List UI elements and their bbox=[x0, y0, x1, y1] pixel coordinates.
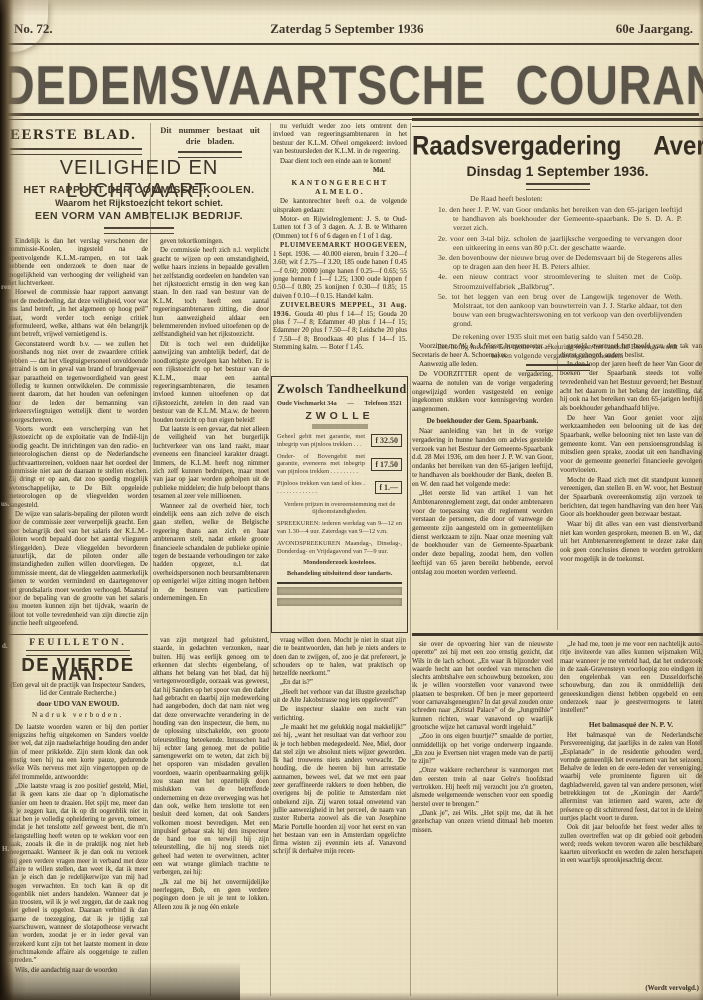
paragraph: „Ik zal me bij het onvermijdelijke neerl… bbox=[153, 879, 269, 912]
paragraph-list: De laatste woorden waren er bij den port… bbox=[8, 724, 148, 975]
paragraph: 3e. den bovenbouw der nieuwe brug over d… bbox=[438, 253, 682, 271]
feuilleton-byline: door UDO VAN EWOUD. bbox=[8, 700, 148, 708]
feuilleton-copyright-notice: Nadruk verboden. bbox=[8, 711, 148, 719]
paragraph-list: nu verluidt weder zoo iets omtrent den i… bbox=[273, 123, 407, 166]
council-subtitle: Dinsdag 1 September 1936. bbox=[412, 163, 703, 179]
market-text: 1 Sept. 1936. — 40.000 eieren, bruin f 3… bbox=[273, 251, 407, 300]
advert-consult-hours: SPREEKUREN: iederen werkdag van 9—12 en … bbox=[277, 520, 402, 536]
paragraph: Het balmasqué van de Nederlandsche Persv… bbox=[560, 732, 702, 823]
paragraph: geven tekortkomingen. bbox=[153, 238, 269, 246]
council-report: Raadsvergadering Avereest Dinsdag 1 Sept… bbox=[412, 118, 703, 375]
paragraph: Naar aanleiding van het in de vorige ver… bbox=[412, 427, 553, 488]
paragraph: „Je maakt het me gelukkig nogal makkelij… bbox=[273, 724, 406, 857]
redacted-line bbox=[277, 587, 402, 595]
masthead-rule-thick bbox=[4, 113, 699, 116]
paragraph: Aanwezig alle leden. bbox=[412, 360, 553, 369]
paragraph: „Die laatste vraag is zoo positief geste… bbox=[8, 783, 148, 966]
paragraph: „Heeft het verhoor van dat illustre geze… bbox=[273, 689, 406, 706]
paragraph: „Het eerste lid van artikel 1 van het Am… bbox=[412, 489, 553, 576]
advert-treatment-line: Behandeling uitsluitend door tandarts. bbox=[277, 570, 402, 577]
advert-evening-hours: AVONDSPREEKUREN Maandag-, Dinsdag-, Dond… bbox=[277, 540, 402, 556]
paragraph: Daar dient toch een einde aan te komen! bbox=[273, 158, 407, 166]
paragraph-list: „Je had me, toen je me voor een nachteli… bbox=[560, 641, 702, 716]
paragraph: 4e. een nieuw contract voor stroomleveri… bbox=[438, 272, 682, 290]
advert-item-price: f 17.50 bbox=[371, 458, 402, 471]
paragraph: „Dank je”, zei Wils. „Het spijt me, dat … bbox=[412, 810, 553, 835]
kicker-rule bbox=[10, 148, 142, 155]
feuilleton-column-2: van zijn metgezel had geluisterd, staard… bbox=[153, 637, 269, 996]
column-rule bbox=[270, 123, 271, 996]
column-rule bbox=[557, 641, 558, 996]
paragraph: Waar bij dit alles van een vast dienstve… bbox=[560, 520, 702, 564]
advert-item-text: Pijnloos trekken van tand of kies . . . … bbox=[277, 480, 365, 496]
advert-free-line: Mondonderzoek kosteloos. bbox=[277, 559, 402, 566]
paragraph-list: Voorzitter mr. W. A. J. Visser, burgemee… bbox=[412, 342, 553, 414]
paragraph: Mocht de Raad zich met dit standpunt kun… bbox=[560, 476, 702, 520]
edition-note: Dit nummer bestaat uit drie bladen. bbox=[150, 125, 270, 147]
lead-article-subtitle-2: Waarom het Rijkstoezicht tekort schiet. bbox=[8, 198, 270, 208]
council-column-right: gesteld, eventueel het hoofd van den tak… bbox=[560, 342, 702, 630]
paragraph: Hoewel de commissie haar rapport aanvang… bbox=[8, 289, 148, 339]
lead-article-subtitle-1: HET RAPPORT DER COMMISSIE-KOOLEN. bbox=[8, 184, 270, 196]
issue-volume: 60e Jaargang. bbox=[616, 21, 693, 37]
paragraph: Voorts wordt een verscherping van het ri… bbox=[8, 426, 148, 510]
feuilleton-heavy-rule bbox=[412, 633, 703, 636]
council-closing-balance: De rekening over 1935 sluit met een bati… bbox=[452, 332, 703, 341]
paragraph: Wils, die aandachtig naar de woorden bbox=[8, 967, 148, 975]
paragraph: Dat laatste is een gevaar, dat niet alle… bbox=[153, 426, 269, 502]
lead-article-subtitle-3: EEN VORM VAN AMBTELIJK BEDRIJF. bbox=[8, 210, 270, 222]
paragraph: 5e. tot het leggen van een brug over de … bbox=[438, 292, 682, 329]
paragraph: Voorzitter mr. W. A. J. Visser, burgemee… bbox=[412, 342, 553, 359]
paragraph: „En dat is?” bbox=[273, 679, 406, 687]
council-subhead: De boekhouder der Gem. Spaarbank. bbox=[412, 417, 553, 426]
market-heading: PLUIMVEEMARKT HOOGEVEEN, bbox=[280, 242, 407, 249]
advert-rule bbox=[277, 582, 402, 584]
paragraph: De wijze van salaris-bepaling der pilote… bbox=[8, 511, 148, 629]
advert-note: Verdere prijzen in overeenstemming met d… bbox=[277, 501, 402, 517]
advert-dash: — bbox=[347, 400, 353, 407]
paragraph: De inspecteur slaakte een zucht van verl… bbox=[273, 706, 406, 723]
feuilleton-header: FEUILLETON. bbox=[8, 639, 148, 647]
paragraph: sie over de opvoering hier van de nieuws… bbox=[412, 641, 553, 732]
paragraph: De laatste woorden waren er bij den port… bbox=[8, 724, 148, 782]
council-top-rule bbox=[412, 118, 703, 127]
paragraph: Motor- en Rijwielreglement: J. S. te Oud… bbox=[273, 216, 407, 241]
column-rule bbox=[557, 342, 558, 630]
feuilleton-column-4: sie over de opvoering hier van de nieuws… bbox=[412, 641, 553, 996]
dental-institute-advert: Zwolsch Tandheelkundig Instituut Oude Vi… bbox=[271, 376, 408, 633]
lead-article-title: VEILIGHEID EN LUCHTVAART. bbox=[8, 157, 270, 203]
paragraph-list: vraag willen doen. Mocht je niet in staa… bbox=[273, 637, 406, 857]
council-column-left: Voorzitter mr. W. A. J. Visser, burgemee… bbox=[412, 342, 553, 630]
lead-article-column-2: geven tekortkomingen.De commissie heeft … bbox=[153, 238, 269, 630]
advert-price-item: Pijnloos trekken van tand of kies . . . … bbox=[277, 480, 402, 496]
feuilleton-column-1: FEUILLETON. DE VIERDE MAN. (Een geval ui… bbox=[8, 634, 148, 996]
advert-item-price: f 1.— bbox=[375, 481, 402, 494]
section-kicker: EERSTE BLAD. bbox=[10, 127, 148, 144]
feuilleton-column-3: vraag willen doen. Mocht je niet in staa… bbox=[273, 637, 406, 996]
masthead-topbar: No. 72. Zaterdag 5 September 1936 60e Ja… bbox=[14, 21, 695, 39]
council-mini-rule bbox=[526, 183, 590, 190]
paragraph-list: Het balmasqué van de Nederlandsche Persv… bbox=[560, 732, 702, 866]
photo-top-shadow bbox=[0, 0, 703, 16]
gutter-text-fragment: ren bbox=[1, 283, 11, 291]
paragraph: Geconstateerd wordt b.v. — we zullen het… bbox=[8, 341, 148, 425]
paragraph: 1e. den heer J. P. W. van Goor ondanks h… bbox=[438, 205, 682, 233]
paragraph-list: De kantonrechter heeft o.a. de volgende … bbox=[273, 198, 407, 241]
paragraph: „Onze wakkere rechercheur is vanmorgen m… bbox=[412, 767, 553, 808]
paragraph: nu verluidt weder zoo iets omtrent den i… bbox=[273, 123, 407, 157]
feuilleton-section-subhead: Het balmasqué der N. P. V. bbox=[560, 721, 702, 729]
paragraph: gesteld, eventueel het hoofd van den tak… bbox=[560, 342, 702, 359]
paragraph: van zijn metgezel had geluisterd, staard… bbox=[153, 637, 269, 878]
paragraph: Dit is toch wel een duidelijke aanwijzin… bbox=[153, 341, 269, 425]
paragraph-list: Naar aanleiding van het in de vorige ver… bbox=[412, 427, 553, 576]
advert-price-item: Onder- of Bovengebit met garantie, evene… bbox=[277, 453, 402, 476]
advert-city-underline bbox=[312, 424, 368, 429]
paragraph-list: Eindelijk is dan het verslag verschenen … bbox=[8, 238, 148, 629]
paragraph: De heer Van Goor geniet voor zijn werkza… bbox=[560, 414, 702, 475]
paragraph: De commissie heeft zich n.l. verplicht g… bbox=[153, 247, 269, 339]
advert-phone: Telefoon 3521 bbox=[364, 400, 402, 407]
gutter-text-fragment: us. bbox=[1, 500, 9, 508]
council-decision-list: 1e. den heer J. P. W. van Goor ondanks h… bbox=[438, 205, 682, 329]
advert-item-text: Geheel gebit met garantie, met inbegrip … bbox=[277, 433, 365, 449]
paragraph-list: gesteld, eventueel het hoofd van den tak… bbox=[560, 342, 702, 564]
redacted-line bbox=[277, 598, 402, 606]
paragraph: vraag willen doen. Mocht je niet in staa… bbox=[273, 637, 406, 678]
advert-item-text: Onder- of Bovengebit met garantie, evene… bbox=[277, 453, 365, 476]
paragraph: Eindelijk is dan het verslag verschenen … bbox=[8, 238, 148, 288]
column-rule bbox=[150, 123, 151, 996]
feuilleton-column-5: „Je had me, toen je me voor een nachteli… bbox=[560, 641, 702, 996]
paragraph-list: geven tekortkomingen.De commissie heeft … bbox=[153, 238, 269, 603]
paragraph: Wanneer zal de overheid hier, toch einde… bbox=[153, 503, 269, 604]
gutter-text-fragment: d. bbox=[2, 642, 8, 650]
paragraph: „Zoo in ons eigen buurtje?” smaalde de p… bbox=[412, 733, 553, 766]
feuilleton-title: DE VIERDE MAN. bbox=[8, 661, 148, 678]
topbar-rule bbox=[8, 43, 699, 45]
council-lead: De Raad heeft besloten: bbox=[470, 194, 703, 203]
lead-article-column-1: Eindelijk is dan het verslag verschenen … bbox=[8, 238, 148, 630]
paragraph: 2e. voor een 3-tal bijz. scholen de jaar… bbox=[438, 234, 682, 252]
gutter-text-fragment: H. bbox=[2, 845, 9, 853]
advert-title: Zwolsch Tandheelkundig Instituut bbox=[277, 382, 397, 397]
issue-number: No. 72. bbox=[14, 21, 53, 37]
advert-city: ZWOLLE bbox=[277, 410, 402, 422]
feuilleton-rule bbox=[8, 634, 148, 635]
news-column-3: nu verluidt weder zoo iets omtrent den i… bbox=[273, 123, 407, 374]
market-report-dairy: ZUIVELBEURS MEPPEL, 31 Aug. 1936. Gouda … bbox=[273, 302, 407, 352]
column-rule bbox=[410, 123, 411, 996]
advert-price-item: Geheel gebit met garantie, met inbegrip … bbox=[277, 433, 402, 449]
continuation-notice: (Wordt vervolgd.) bbox=[645, 984, 699, 992]
paragraph-list: van zijn metgezel had geluisterd, staard… bbox=[153, 637, 269, 912]
advert-address-row: Oude Vischmarkt 34a — Telefoon 3521 bbox=[277, 400, 402, 407]
headline-end-rule bbox=[104, 227, 174, 234]
advert-address: Oude Vischmarkt 34a bbox=[277, 400, 337, 407]
paragraph: De kantonrechter heeft o.a. de volgende … bbox=[273, 198, 407, 215]
newspaper-page: No. 72. Zaterdag 5 September 1936 60e Ja… bbox=[0, 0, 703, 1000]
council-title: Raadsvergadering Avereest bbox=[412, 131, 703, 162]
market-report-poultry: PLUIMVEEMARKT HOOGEVEEN, 1 Sept. 1936. —… bbox=[273, 242, 407, 301]
paragraph: „Je had me, toen je me voor een nachteli… bbox=[560, 641, 702, 716]
issue-date: Zaterdag 5 September 1936 bbox=[270, 21, 423, 37]
feuilleton-subtitle: (Een geval uit de practijk van Inspecteu… bbox=[8, 682, 148, 698]
paragraph: Ook dit jaar beloofde het feest weder al… bbox=[560, 824, 702, 865]
advert-item-price: f 32.50 bbox=[371, 434, 402, 447]
market-text: Gouda 40 plus f 14—f 15; Gouda 20 plus f… bbox=[273, 311, 407, 352]
paragraph-list: sie over de opvoering hier van de nieuws… bbox=[412, 641, 553, 835]
article-signature: Md. bbox=[273, 167, 407, 175]
court-heading: KANTONGERECHT ALMELO. bbox=[273, 179, 407, 196]
paragraph: De VOORZITTER opent de vergadering, waar… bbox=[412, 370, 553, 414]
paragraph: In den loop der jaren heeft de heer Van … bbox=[560, 360, 702, 412]
